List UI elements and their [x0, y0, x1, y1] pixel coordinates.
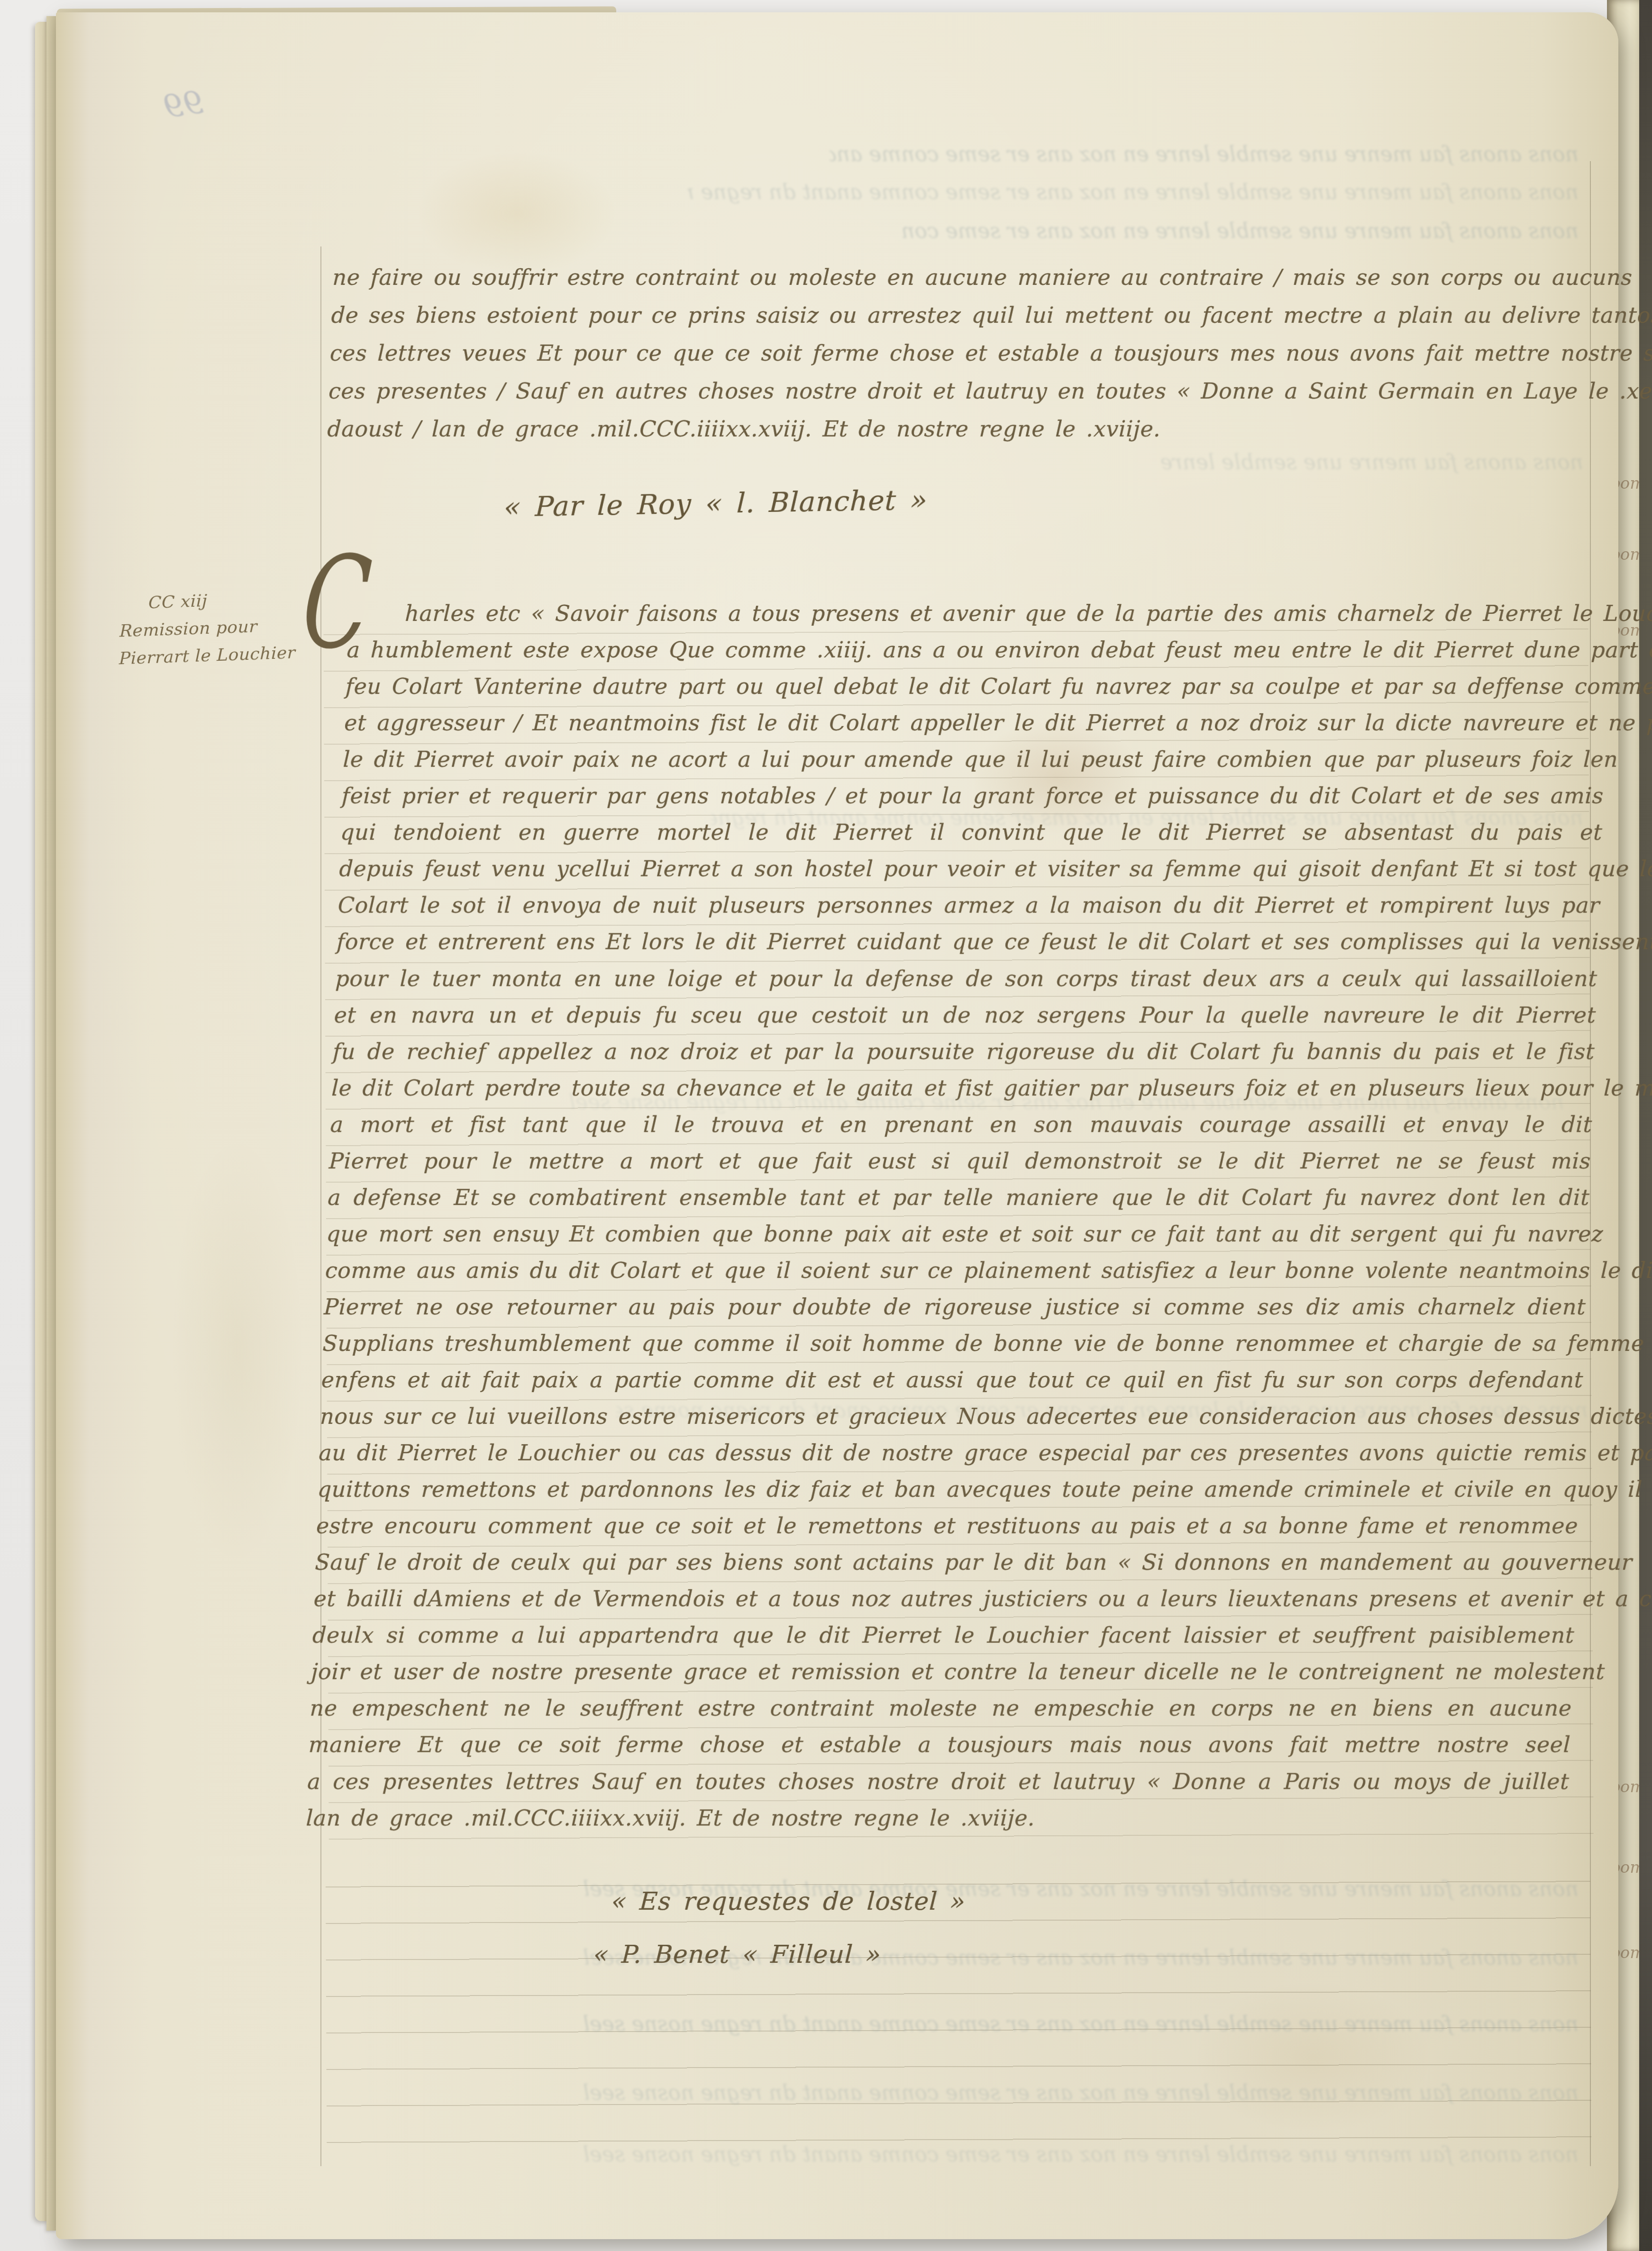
body-line: a humblement este expose Que comme .xiii… [346, 632, 1609, 668]
showthrough-text: nons anons fau menre une semble lenre en… [830, 142, 1579, 166]
act1-line: ne faire ou souffrir estre contraint ou … [332, 258, 1586, 296]
margin-note: CC xiij Remission pour Pierrart le Louch… [119, 583, 324, 673]
body-line: Supplians treshumblement que comme il so… [322, 1325, 1585, 1362]
body-line: depuis feust venu ycellui Pierret a son … [338, 851, 1602, 887]
parchment-stain [417, 152, 616, 275]
body-line: fu de rechief appellez a noz droiz et pa… [332, 1033, 1596, 1070]
body-line: et en navra un et depuis fu sceu que ces… [333, 997, 1597, 1033]
showthrough-text: nons anons fau menre une semble lenre en… [332, 1946, 1579, 1970]
body-line: ne empeschent ne le seuffrent estre cont… [309, 1690, 1572, 1727]
body-line: Colart le sot il envoya de nuit pluseurs… [338, 887, 1601, 924]
body-line: le dit Pierret avoir paix ne acort a lui… [342, 741, 1606, 778]
body-line: comme aus amis du dit Colart et que il s… [325, 1252, 1588, 1289]
subscription-signatures: « P. Benet « Filleul » [593, 1941, 882, 1969]
page-stack-edge [46, 16, 57, 2231]
body-line: lan de grace .mil.CCC.iiiixx.xviij. Et d… [305, 1800, 1569, 1836]
folio-number-showthrough: 99 [161, 84, 206, 126]
subscription-requestes: « Es requestes de lostel » [611, 1887, 966, 1916]
body-line: et aggresseur / Et neantmoins fist le di… [344, 705, 1607, 741]
act1-line: de ses biens estoient pour ce prins sais… [330, 296, 1584, 334]
body-line: Sauf le droit de ceulx qui par ses biens… [314, 1544, 1578, 1581]
body-line: estre encouru comment que ce soit et le … [316, 1508, 1579, 1544]
body-line: feist prier et requerir par gens notable… [341, 778, 1605, 814]
showthrough-text: nons anons fau menre une semble lenre en… [408, 2012, 1579, 2036]
body-line: au dit Pierret le Louchier ou cas dessus… [318, 1435, 1581, 1471]
body-line: force et entrerent ens Et lors le dit Pi… [336, 924, 1599, 960]
showthrough-text: nons anons fau menre une semble lenre en… [1161, 450, 1583, 474]
act1-line: daoust / lan de grace .mil.CCC.iiiixx.xv… [327, 410, 1580, 448]
act2-paragraph: harles etc « Savoir faisons a tous prese… [305, 595, 1610, 1836]
showthrough-text: nons anons fau menre une semble lenre en… [498, 2142, 1579, 2167]
body-line: a mort et fist tant que il le trouva et … [329, 1106, 1593, 1143]
body-line: nous sur ce lui vueillons estre miserico… [319, 1398, 1583, 1435]
showthrough-text: nons anons fau menre une semble lenre en… [901, 219, 1579, 243]
body-line: joir et user de nostre presente grace et… [310, 1654, 1574, 1690]
body-line: deulx si comme a lui appartendra que le … [312, 1617, 1575, 1654]
showthrough-text: nons anons fau menre une semble lenre en… [332, 2081, 1579, 2105]
body-line: qui tendoient en guerre mortel le dit Pi… [340, 814, 1603, 851]
act1-line: ces presentes / Sauf en autres choses no… [328, 372, 1582, 410]
body-line: a defense Et se combatirent ensemble tan… [327, 1179, 1590, 1216]
body-line: et bailli dAmiens et de Vermendois et a … [313, 1581, 1576, 1617]
body-line: maniere Et que ce soit ferme chose et es… [308, 1727, 1571, 1763]
scanned-manuscript-page: pom non mo pom non mo pom non mo pom non… [0, 0, 1652, 2251]
body-line: feu Colart Vanterine dautre part ou quel… [345, 668, 1608, 705]
body-line: a ces presentes lettres Sauf en toutes c… [307, 1763, 1570, 1800]
body-line: que mort sen ensuy Et combien que bonne … [326, 1216, 1589, 1252]
showthrough-text: nons anons fau menre une semble lenre en… [687, 180, 1579, 204]
act1-line: ces lettres veues Et pour ce que ce soit… [329, 334, 1583, 372]
body-line: quittons remettons et pardonnons les diz… [317, 1471, 1580, 1508]
act1-paragraph: ne faire ou souffrir estre contraint ou … [327, 258, 1586, 448]
body-line: Pierret pour le mettre a mort et que fai… [329, 1143, 1592, 1179]
body-line: enfens et ait fait paix a partie comme d… [321, 1362, 1584, 1398]
body-line: pour le tuer monta en une loige et pour … [335, 960, 1598, 997]
body-line: le dit Colart perdre toute sa chevance e… [331, 1070, 1594, 1106]
body-line: Pierret ne ose retourner au pais pour do… [323, 1289, 1587, 1325]
showthrough-text: nons anons fau menre une semble lenre en… [360, 1877, 1579, 1901]
parchment-stain [171, 1138, 303, 1564]
body-line: harles etc « Savoir faisons a tous prese… [347, 595, 1611, 632]
